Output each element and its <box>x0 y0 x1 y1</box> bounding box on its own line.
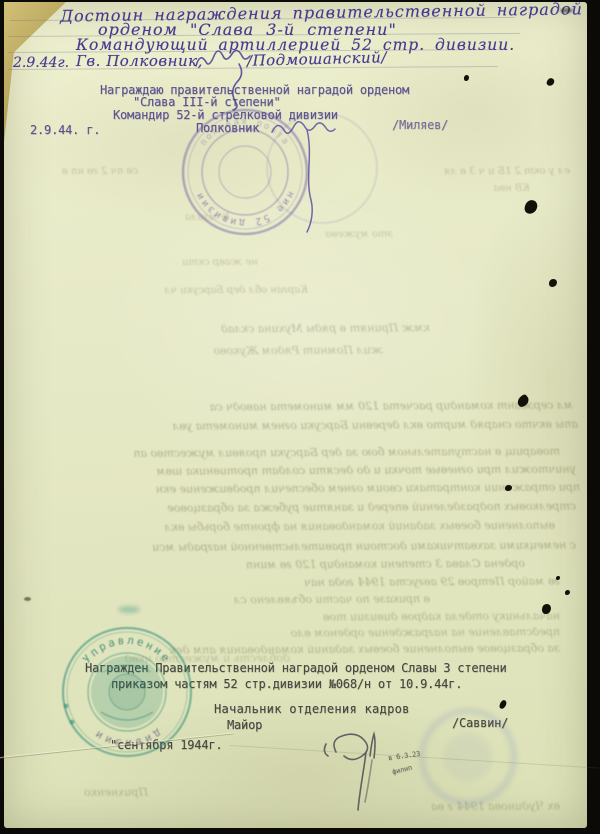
typed-award-line-3: Командир 52-й стрелковой дивизии <box>113 108 338 122</box>
order-line-1: Награжден Правительственной наградой орд… <box>85 661 506 675</box>
scanned-document: св пч 2 гв нп в ел у окт 2 1Б и ч З в ля… <box>0 0 600 834</box>
handwritten-endorser-name: /Подмошанский/ <box>247 48 387 70</box>
bleedthrough-line: жил Помнит Рядом Жуково <box>183 343 383 357</box>
bleedthrough-line: св пч 2 гв нп в <box>18 166 138 178</box>
bleedthrough-line: не жавр скти <box>148 257 258 269</box>
handwritten-rank: Гв. Полковник, <box>76 52 203 70</box>
typed-award-date: 2.9.44. г. <box>30 123 100 137</box>
bleedthrough-line: ордена Слава 3 степени командир 120 гв м… <box>95 557 525 572</box>
bleedthrough-line: вх Чудинова 1944 г ва <box>340 799 560 813</box>
typed-award-line-2: "Слава III-й степени" <box>133 95 281 109</box>
bleedthrough-line: № мзила <box>140 212 230 223</box>
green-ink-smear <box>118 606 140 613</box>
bleedthrough-line: в приказе по части объявлено сл <box>170 592 430 606</box>
order-line-3: Начальник отделения кадров <box>214 702 410 716</box>
bleedthrough-line: представление на награждение орденом вло <box>270 625 560 640</box>
bleedthrough-line: гв майор Петров 29 августа 1944 года нач <box>40 575 560 591</box>
bleedthrough-line: начальнику отдела кадров дивизии тов <box>300 609 560 623</box>
bleedthrough-line: выполнение боевых заданий командования н… <box>55 519 555 535</box>
bleedthrough-line: ел у окт 2 1Б и ч З в ля <box>420 166 570 178</box>
bleedthrough-line: это мужево <box>293 229 393 241</box>
order-name: /Саввин/ <box>452 716 508 730</box>
edge-smudge <box>560 8 573 13</box>
typed-award-name: /Миляев/ <box>392 118 448 132</box>
bleedthrough-line: Прихненко <box>8 786 148 800</box>
bleedthrough-line: кмж Принят в ряды Мухина склад <box>150 321 430 335</box>
handwritten-date: 2.9.44г. <box>13 55 69 71</box>
order-rank: Майор <box>227 718 262 732</box>
typed-award-rank: Полковник <box>196 121 259 135</box>
edge-smudge <box>24 597 31 601</box>
bleedthrough-line: КВ нва <box>450 183 530 194</box>
bleedthrough-line: товарищ в наступательном бою за дер Барс… <box>60 445 560 461</box>
order-line-2: приказом частям 52 стр.дивизии №068/н от… <box>111 677 462 691</box>
bleedthrough-line: Карган обл дер Барсуки чл <box>128 285 308 297</box>
